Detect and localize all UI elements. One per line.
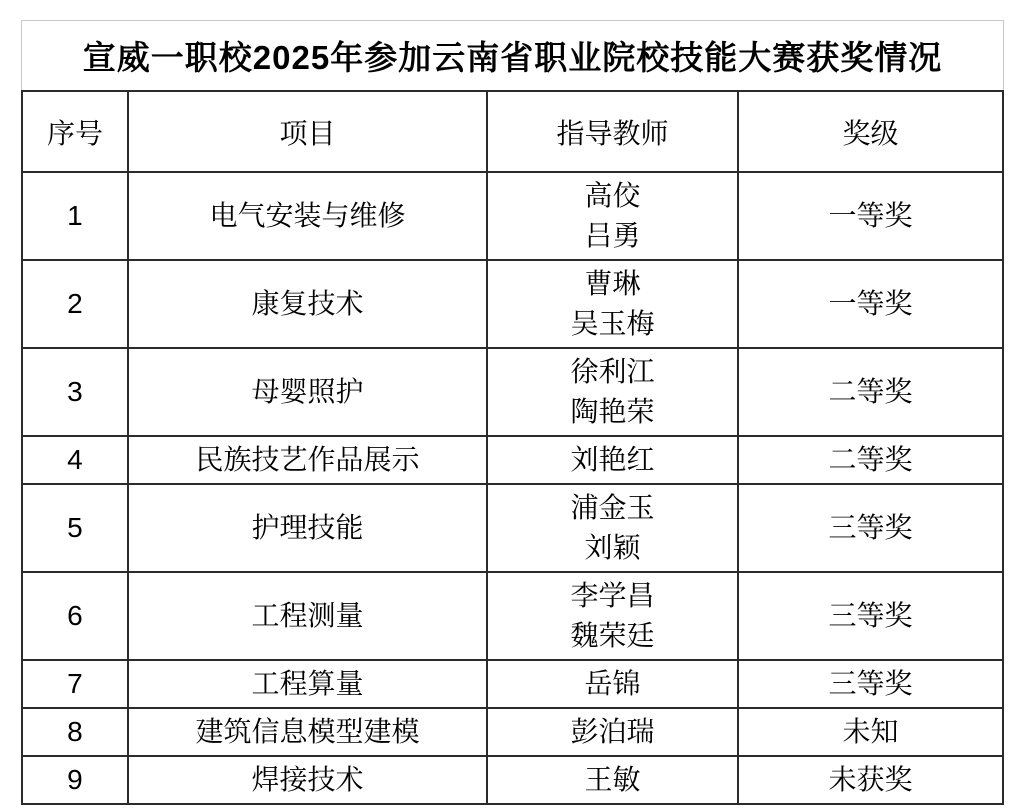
table-row: 5护理技能浦金玉刘颖三等奖	[22, 484, 1003, 572]
cell-award: 一等奖	[738, 172, 1003, 260]
table-body: 1电气安装与维修高佼吕勇一等奖2康复技术曹琳吴玉梅一等奖3母婴照护徐利江陶艳荣二…	[22, 172, 1003, 804]
cell-no: 9	[22, 756, 128, 804]
teacher-name: 高佼	[492, 176, 733, 216]
cell-no: 4	[22, 436, 128, 484]
cell-project: 母婴照护	[128, 348, 487, 436]
cell-teachers: 李学昌魏荣廷	[487, 572, 738, 660]
cell-no: 7	[22, 660, 128, 708]
table-row: 1电气安装与维修高佼吕勇一等奖	[22, 172, 1003, 260]
cell-project: 电气安装与维修	[128, 172, 487, 260]
awards-table: 序号 项目 指导教师 奖级 1电气安装与维修高佼吕勇一等奖2康复技术曹琳吴玉梅一…	[21, 90, 1004, 805]
cell-project: 护理技能	[128, 484, 487, 572]
cell-award: 三等奖	[738, 572, 1003, 660]
cell-award: 未获奖	[738, 756, 1003, 804]
teacher-name: 吴玉梅	[492, 304, 733, 344]
table-row: 4民族技艺作品展示刘艳红二等奖	[22, 436, 1003, 484]
cell-no: 3	[22, 348, 128, 436]
teacher-name: 曹琳	[492, 264, 733, 304]
cell-no: 6	[22, 572, 128, 660]
table-title: 宣威一职校2025年参加云南省职业院校技能大赛获奖情况	[21, 20, 1004, 90]
table-row: 2康复技术曹琳吴玉梅一等奖	[22, 260, 1003, 348]
cell-project: 建筑信息模型建模	[128, 708, 487, 756]
table-row: 9焊接技术王敏未获奖	[22, 756, 1003, 804]
cell-teachers: 曹琳吴玉梅	[487, 260, 738, 348]
cell-award: 二等奖	[738, 348, 1003, 436]
col-header-project: 项目	[128, 91, 487, 172]
cell-teachers: 浦金玉刘颖	[487, 484, 738, 572]
cell-award: 三等奖	[738, 484, 1003, 572]
table-row: 3母婴照护徐利江陶艳荣二等奖	[22, 348, 1003, 436]
col-header-no: 序号	[22, 91, 128, 172]
cell-teachers: 岳锦	[487, 660, 738, 708]
cell-project: 康复技术	[128, 260, 487, 348]
cell-teachers: 徐利江陶艳荣	[487, 348, 738, 436]
teacher-name: 魏荣廷	[492, 616, 733, 656]
col-header-teacher: 指导教师	[487, 91, 738, 172]
teacher-name: 王敏	[492, 760, 733, 800]
cell-award: 未知	[738, 708, 1003, 756]
cell-teachers: 高佼吕勇	[487, 172, 738, 260]
cell-teachers: 王敏	[487, 756, 738, 804]
cell-project: 焊接技术	[128, 756, 487, 804]
teacher-name: 岳锦	[492, 664, 733, 704]
page: 宣威一职校2025年参加云南省职业院校技能大赛获奖情况 序号 项目 指导教师 奖…	[0, 0, 1024, 811]
cell-no: 2	[22, 260, 128, 348]
cell-no: 5	[22, 484, 128, 572]
table-row: 7工程算量岳锦三等奖	[22, 660, 1003, 708]
teacher-name: 刘艳红	[492, 440, 733, 480]
col-header-award: 奖级	[738, 91, 1003, 172]
table-row: 8建筑信息模型建模彭泊瑞未知	[22, 708, 1003, 756]
teacher-name: 李学昌	[492, 576, 733, 616]
cell-teachers: 刘艳红	[487, 436, 738, 484]
cell-award: 三等奖	[738, 660, 1003, 708]
teacher-name: 徐利江	[492, 352, 733, 392]
cell-project: 工程算量	[128, 660, 487, 708]
cell-teachers: 彭泊瑞	[487, 708, 738, 756]
cell-award: 二等奖	[738, 436, 1003, 484]
table-row: 6工程测量李学昌魏荣廷三等奖	[22, 572, 1003, 660]
cell-no: 1	[22, 172, 128, 260]
teacher-name: 浦金玉	[492, 488, 733, 528]
teacher-name: 彭泊瑞	[492, 712, 733, 752]
awards-sheet: 宣威一职校2025年参加云南省职业院校技能大赛获奖情况 序号 项目 指导教师 奖…	[21, 20, 1004, 805]
teacher-name: 陶艳荣	[492, 392, 733, 432]
header-row: 序号 项目 指导教师 奖级	[22, 91, 1003, 172]
cell-project: 工程测量	[128, 572, 487, 660]
teacher-name: 刘颖	[492, 528, 733, 568]
cell-project: 民族技艺作品展示	[128, 436, 487, 484]
cell-no: 8	[22, 708, 128, 756]
cell-award: 一等奖	[738, 260, 1003, 348]
teacher-name: 吕勇	[492, 216, 733, 256]
